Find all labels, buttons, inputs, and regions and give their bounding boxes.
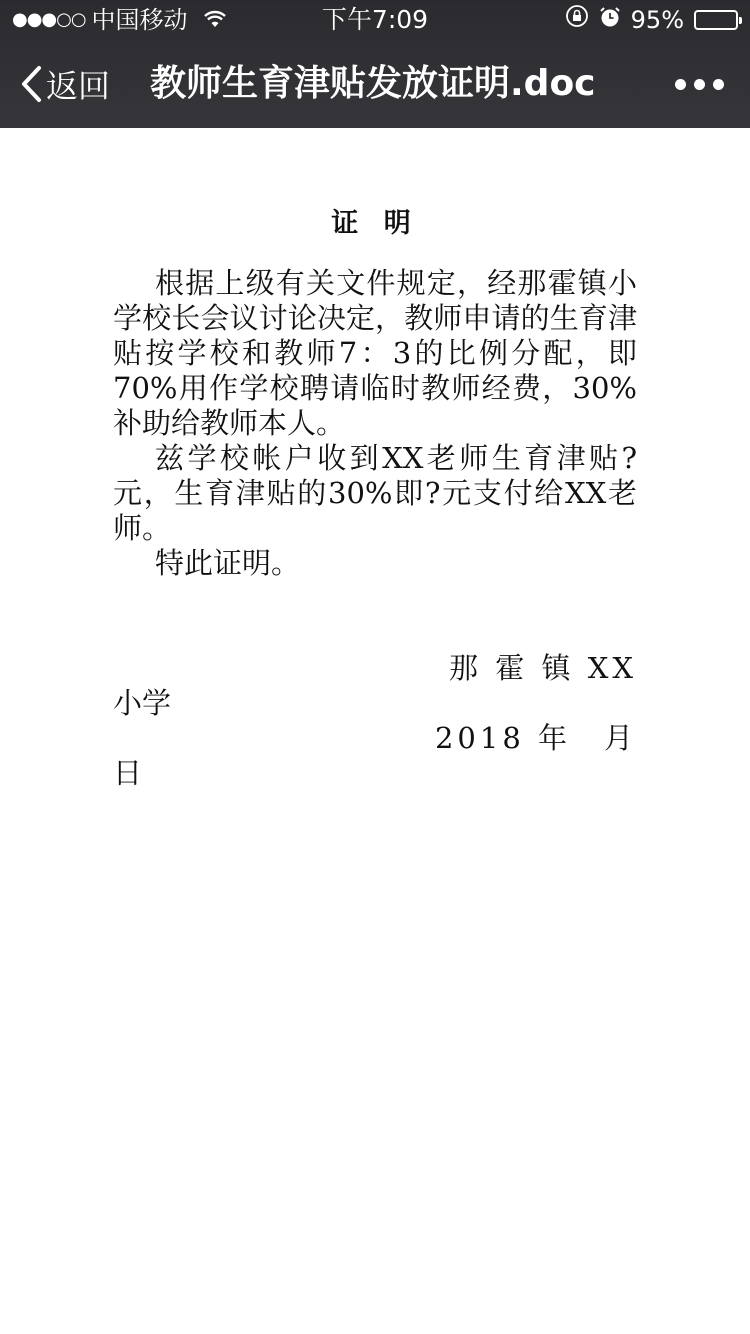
signature-school-cont: 小学 xyxy=(113,686,637,721)
page-title: 教师生育津贴发放证明.doc xyxy=(150,40,596,128)
chevron-left-icon xyxy=(20,65,42,103)
paragraph-2: 兹学校帐户收到XX老师生育津贴?元，生育津贴的30%即?元支付给XX老师。 xyxy=(113,441,637,546)
status-bar: ●●●○○ 中国移动 下午7:09 95% xyxy=(0,0,750,40)
signature-date-cont: 日 xyxy=(113,756,637,791)
rotation-lock-icon xyxy=(565,0,589,40)
document-content: 证 明 根据上级有关文件规定，经那霍镇小学校长会议讨论决定，教师申请的生育津贴按… xyxy=(113,200,637,791)
navigation-bar: 返回 教师生育津贴发放证明.doc xyxy=(0,40,750,128)
paragraph-3: 特此证明。 xyxy=(113,546,637,581)
more-button[interactable] xyxy=(675,40,724,128)
document-heading: 证 明 xyxy=(113,200,637,248)
back-button[interactable]: 返回 xyxy=(20,40,110,128)
alarm-icon xyxy=(599,0,621,40)
battery-icon xyxy=(694,10,738,30)
more-icon xyxy=(675,79,686,90)
signature-date: 2018 年 月 xyxy=(113,721,637,756)
paragraph-1: 根据上级有关文件规定，经那霍镇小学校长会议讨论决定，教师申请的生育津贴按学校和教… xyxy=(113,266,637,441)
back-label: 返回 xyxy=(46,61,110,107)
signature-school: 那 霍 镇 XX xyxy=(113,651,637,686)
top-bar: ●●●○○ 中国移动 下午7:09 95% 返回 教师生育津贴发放证明.doc xyxy=(0,0,750,128)
battery-percent: 95% xyxy=(631,0,684,40)
